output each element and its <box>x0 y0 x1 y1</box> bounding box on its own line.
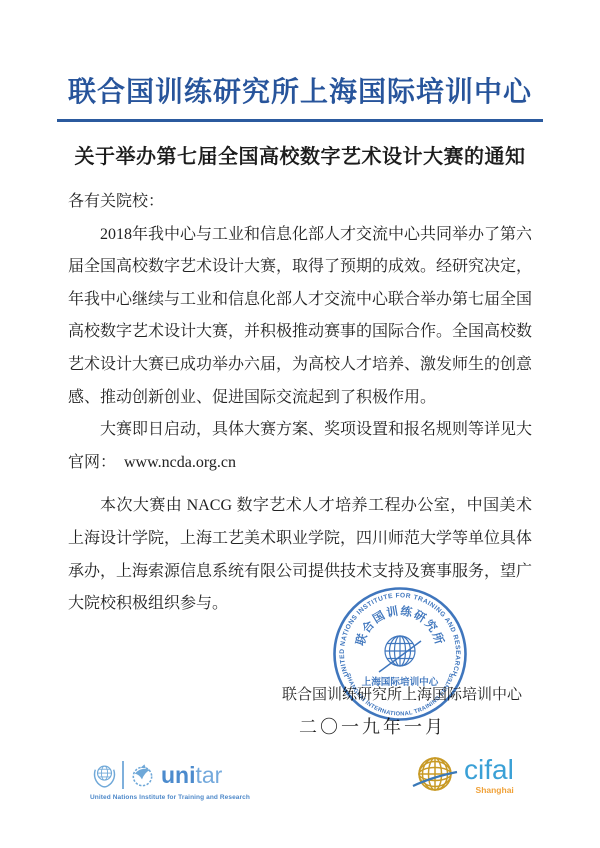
body-line: 本次大赛由 NACG 数字艺术人才培养工程办公室，中国美术学院 <box>68 490 532 523</box>
official-seal: UNITED NATIONS INSTITUTE FOR TRAINING AN… <box>331 585 469 723</box>
cifal-region-label: Shanghai <box>464 785 514 795</box>
unitar-wordmark-light: tar <box>196 762 223 788</box>
body-line: 届全国高校数字艺术设计大赛，取得了预期的成效。经研究决定，2019 <box>68 251 532 284</box>
letter-body: 各有关院校：2018年我中心与工业和信息化部人才交流中心共同举办了第六届全国高校… <box>68 186 532 621</box>
cifal-wordmark: cifal <box>464 756 514 784</box>
body-line: 艺术设计大赛已成功举办六届，为高校人才培养、激发师生的创意灵 <box>68 349 532 382</box>
body-line: 官网： www.ncda.org.cn <box>68 447 532 480</box>
letterhead-rule <box>57 119 543 122</box>
body-line: 承办，上海索源信息系统有限公司提供技术支持及赛事服务，望广 <box>68 556 532 589</box>
unitar-dove-icon <box>128 761 157 790</box>
unitar-wordmark-bold: uni <box>161 762 196 788</box>
unitar-logo: unitar United Nations Institute for Trai… <box>90 759 250 801</box>
seal-center-label: 上海国际培训中心 <box>362 676 439 688</box>
unitar-wordmark: unitar <box>161 764 222 787</box>
body-line: 2018年我中心与工业和信息化部人才交流中心共同举办了第六 <box>68 219 532 252</box>
logo-divider <box>122 761 124 789</box>
body-line: 高校数字艺术设计大赛，并积极推动赛事的国际合作。全国高校数字 <box>68 316 532 349</box>
body-line: 年我中心继续与工业和信息化部人才交流中心联合举办第七届全国 <box>68 284 532 317</box>
body-line: 上海设计学院，上海工艺美术职业学院，四川师范大学等单位具体 <box>68 523 532 556</box>
document-page: 联合国训练研究所上海国际培训中心 关于举办第七届全国高校数字艺术设计大赛的通知 … <box>0 0 600 848</box>
notice-title: 关于举办第七届全国高校数字艺术设计大赛的通知 <box>0 140 600 169</box>
body-line: 各有关院校： <box>68 186 532 219</box>
body-line: 感、推动创新创业、促进国际交流起到了积极作用。 <box>68 382 532 415</box>
letterhead-title: 联合国训练研究所上海国际培训中心 <box>0 70 600 110</box>
un-emblem-icon <box>90 761 119 790</box>
seal-globe-icon <box>379 636 421 672</box>
unitar-tagline: United Nations Institute for Training an… <box>90 794 250 801</box>
body-line: 大赛即日启动，具体大赛方案、奖项设置和报名规则等详见大赛 <box>68 414 532 447</box>
cifal-globe-icon <box>412 751 458 797</box>
cifal-logo: cifal Shanghai <box>412 751 514 797</box>
